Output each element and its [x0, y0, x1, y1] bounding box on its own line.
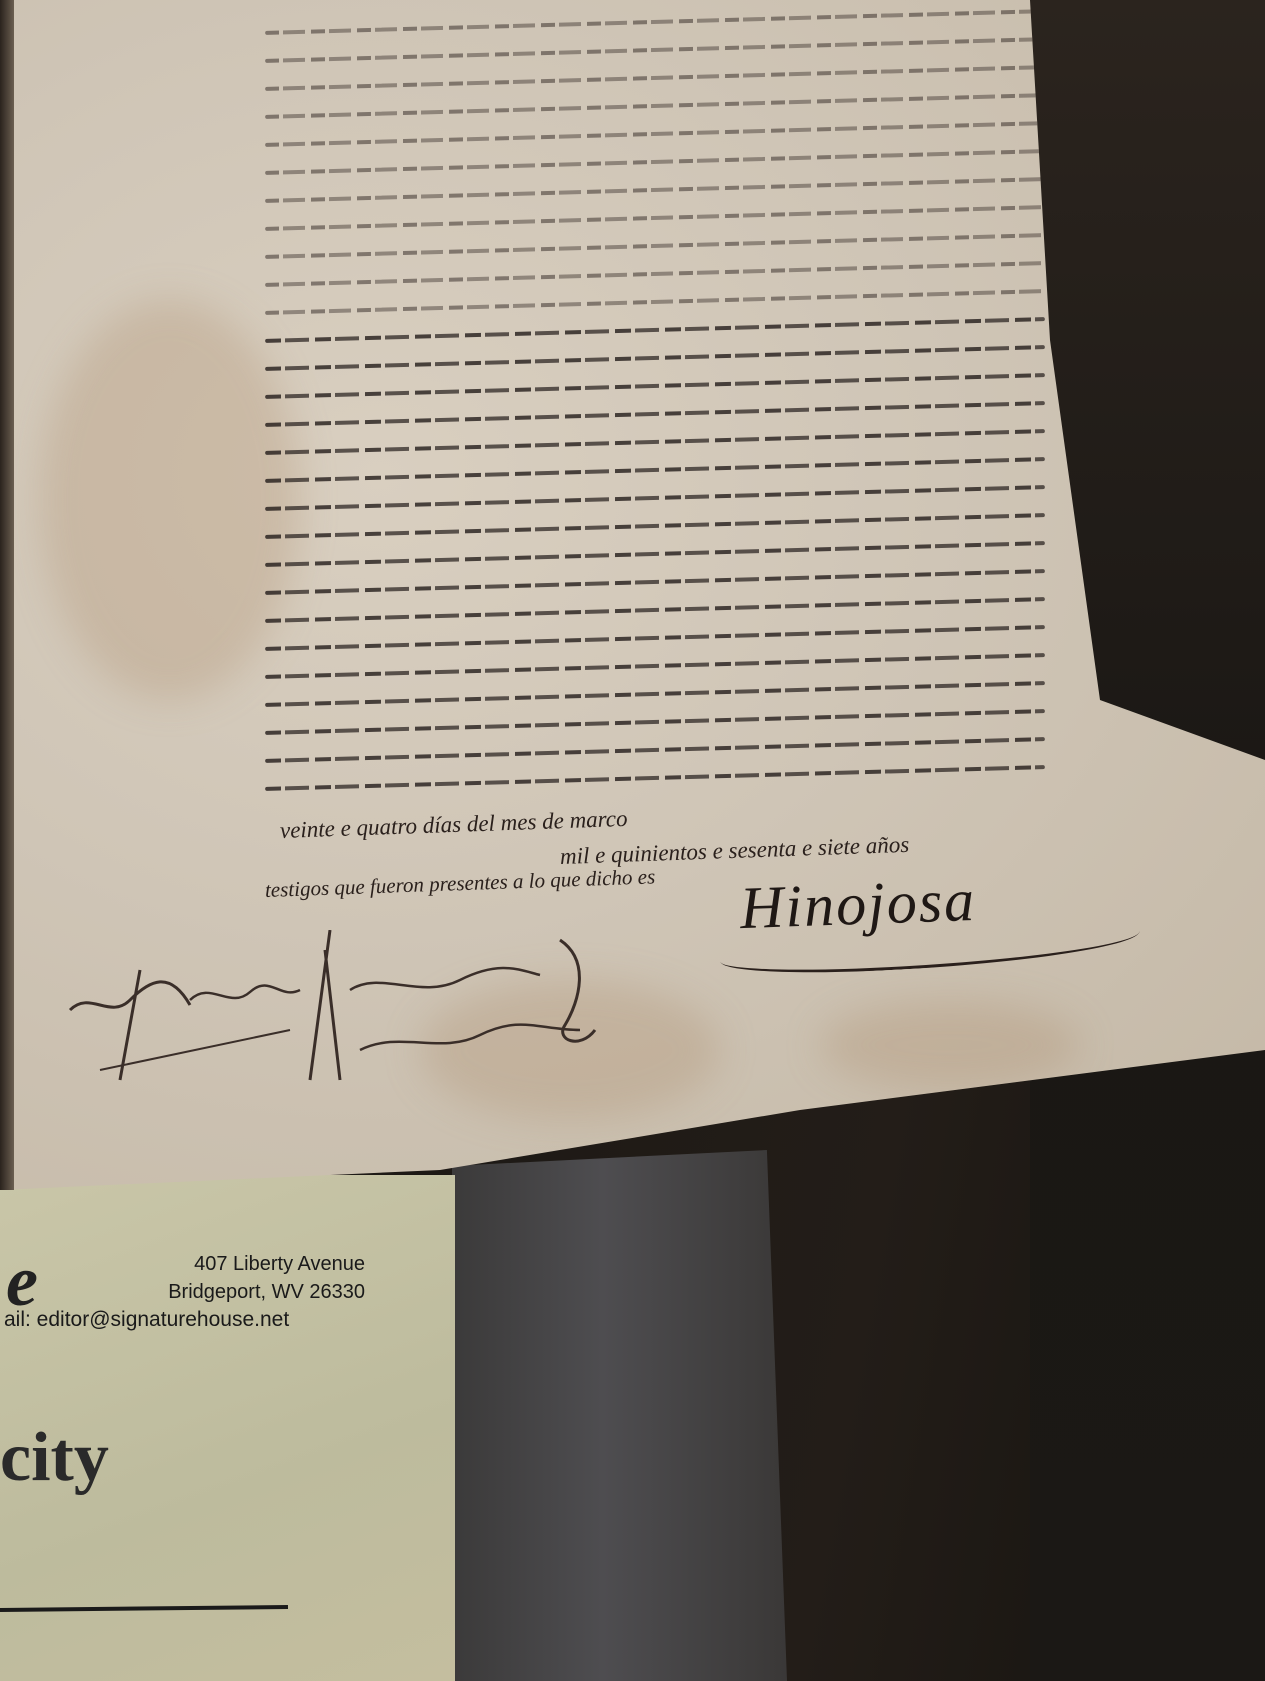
newsletter-address: 407 Liberty Avenue Bridgeport, WV 26330 [95, 1250, 365, 1306]
address-line-1: 407 Liberty Avenue [95, 1250, 365, 1278]
witness-signatures-scrawl [60, 930, 620, 1090]
stain [820, 1000, 1080, 1090]
newsletter-email: ail: editor@signaturehouse.net [4, 1308, 289, 1332]
witness-signatures [60, 930, 620, 1090]
stain [40, 300, 300, 700]
manuscript-left-edge [0, 0, 14, 1190]
gray-folder [452, 1150, 787, 1681]
manuscript-body-lines [265, 20, 1045, 804]
manuscript-witness-line: testigos que fueron presentes a lo que d… [265, 864, 656, 903]
manuscript-year-line: mil e quinientos e sesenta e siete años [560, 832, 910, 870]
manuscript-date-line: veinte e quatro días del mes de marco [280, 806, 628, 844]
newsletter-heading-fragment: city [0, 1418, 109, 1498]
address-line-2: Bridgeport, WV 26330 [95, 1278, 365, 1306]
